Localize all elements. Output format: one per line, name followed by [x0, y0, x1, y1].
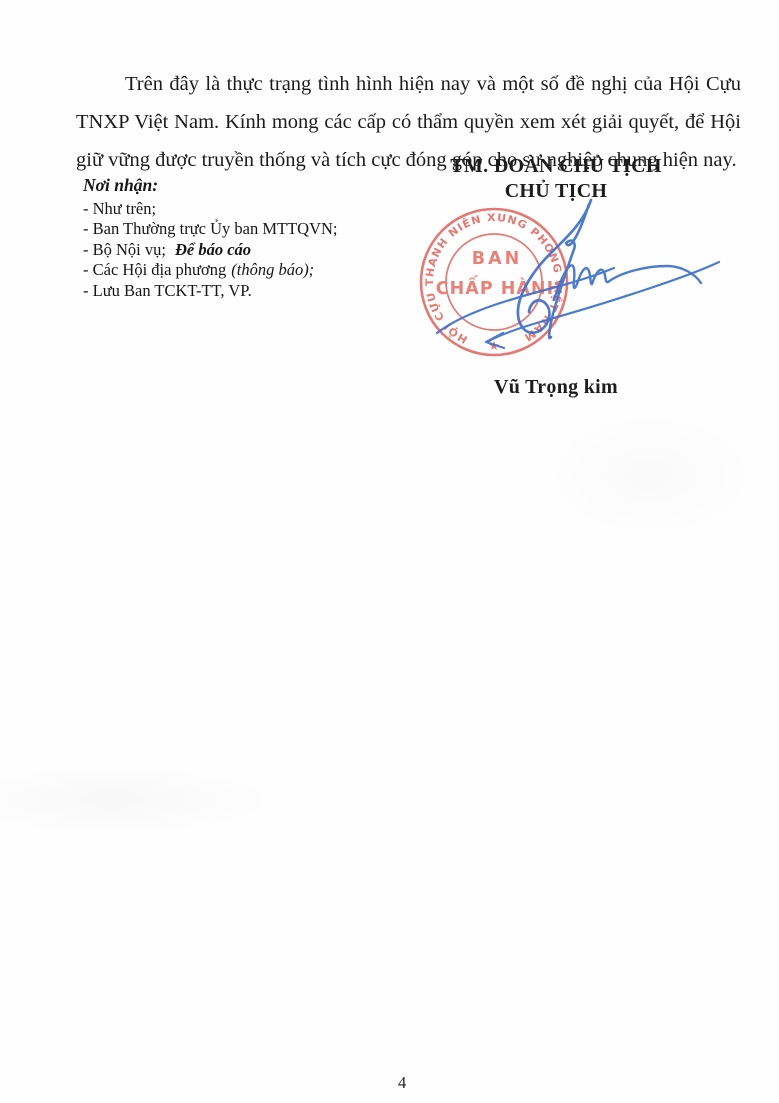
- recipients-block: Nơi nhận: - Như trên; - Ban Thường trực …: [83, 175, 403, 301]
- recipient-text: - Như trên;: [83, 199, 156, 218]
- recipient-item: - Như trên;: [83, 199, 403, 220]
- signature-cross-line: [437, 268, 614, 333]
- recipients-heading: Nơi nhận:: [83, 175, 403, 196]
- star-icon: ★: [488, 339, 500, 354]
- recipient-text: - Bộ Nội vụ;: [83, 240, 166, 259]
- recipient-text: - Lưu Ban TCKT-TT, VP.: [83, 281, 252, 300]
- stamp-inner-ring: [446, 234, 542, 330]
- signature-descender: [549, 204, 589, 338]
- page-number: 4: [398, 1073, 406, 1093]
- stamp-center-line1: BAN: [472, 249, 523, 269]
- signature-humps-and-tail: [554, 265, 701, 300]
- signature-under-line: [489, 262, 719, 341]
- stamp-center-line2: CHẤP HÀNH: [436, 275, 562, 299]
- recipient-item: - Bộ Nội vụ;Để báo cáo: [83, 240, 403, 261]
- recipient-note: (thông báo);: [231, 260, 314, 279]
- title-line: CHỦ TỊCH: [400, 179, 712, 204]
- stamp-ring-text-path: HỘI CỰU THANH NIÊN XUNG PHONG VIỆT NAM: [424, 212, 564, 345]
- on-behalf-line: TM. ĐOÀN CHỦ TỊCH: [400, 154, 712, 179]
- signature-heading: TM. ĐOÀN CHỦ TỊCH CHỦ TỊCH: [400, 154, 712, 204]
- scan-smudge: [0, 765, 280, 835]
- recipient-text: - Ban Thường trực Ủy ban MTTQVN;: [83, 219, 338, 238]
- stamp-ring-text: HỘI CỰU THANH NIÊN XUNG PHONG VIỆT NAM: [424, 212, 564, 345]
- signer-name: Vũ Trọng kim: [400, 376, 712, 399]
- document-page: Trên đây là thực trạng tình hình hiện na…: [0, 0, 779, 1103]
- official-stamp: HỘI CỰU THANH NIÊN XUNG PHONG VIỆT NAM ★…: [421, 209, 567, 355]
- signature-main-flourish: [518, 200, 591, 333]
- recipient-item: - Ban Thường trực Ủy ban MTTQVN;: [83, 219, 403, 240]
- signature-arrow-hook: [486, 333, 504, 348]
- signature-ink: [437, 200, 719, 348]
- recipient-text: - Các Hội địa phương: [83, 260, 226, 279]
- scan-smudge: [540, 410, 760, 540]
- recipient-note: Để báo cáo: [175, 240, 251, 259]
- recipient-item: - Các Hội địa phương(thông báo);: [83, 260, 403, 281]
- recipient-item: - Lưu Ban TCKT-TT, VP.: [83, 281, 403, 302]
- stamp-outer-ring: [421, 209, 567, 355]
